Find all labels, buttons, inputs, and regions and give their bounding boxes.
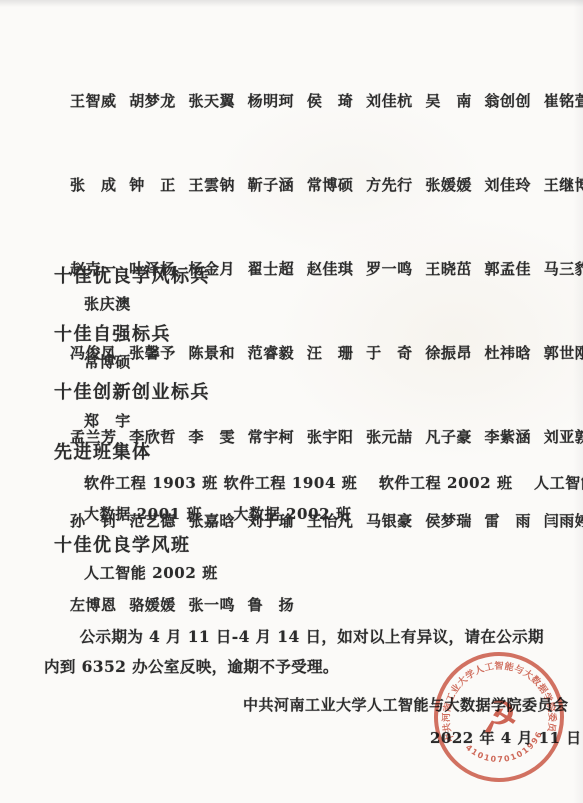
winner-name: 张庆澳	[84, 293, 131, 314]
section-heading-study-model: 十佳优良学风标兵	[54, 262, 210, 288]
name-row: 左博恩 骆媛媛 张一鸣 鲁 扬	[70, 591, 583, 619]
class-list-row: 软件工程 1903 班 软件工程 1904 班 软件工程 2002 班 人工智能…	[84, 472, 583, 493]
winner-class: 人工智能 2002 班	[84, 562, 218, 583]
name-row: 张 成 钟 正 王雲钠 靳子涵 常博硕 方先行 张媛媛 刘佳玲 王继博	[70, 171, 583, 199]
section-heading-advanced-class: 先进班集体	[54, 438, 152, 464]
section-heading-self-improvement: 十佳自强标兵	[54, 320, 171, 346]
section-heading-innovation: 十佳创新创业标兵	[54, 378, 210, 404]
name-row: 王智威 胡梦龙 张天翼 杨明珂 侯 琦 刘佳杭 吴 南 翁创创 崔铭萱	[70, 87, 583, 115]
winner-name: 郑 宇	[84, 410, 131, 431]
class-list-row: 大数据 2001 班 大数据 2002 班	[84, 503, 352, 524]
section-heading-study-class: 十佳优良学风班	[54, 531, 191, 557]
winner-name: 常博硕	[84, 351, 131, 372]
document-page: 王智威 胡梦龙 张天翼 杨明珂 侯 琦 刘佳杭 吴 南 翁创创 崔铭萱 张 成 …	[0, 0, 583, 803]
hammer-sickle-icon: ☭	[476, 690, 522, 746]
official-seal: 中共河南工业大学人工智能与大数据学院委员会 ☭ 4101070101996	[424, 646, 574, 792]
